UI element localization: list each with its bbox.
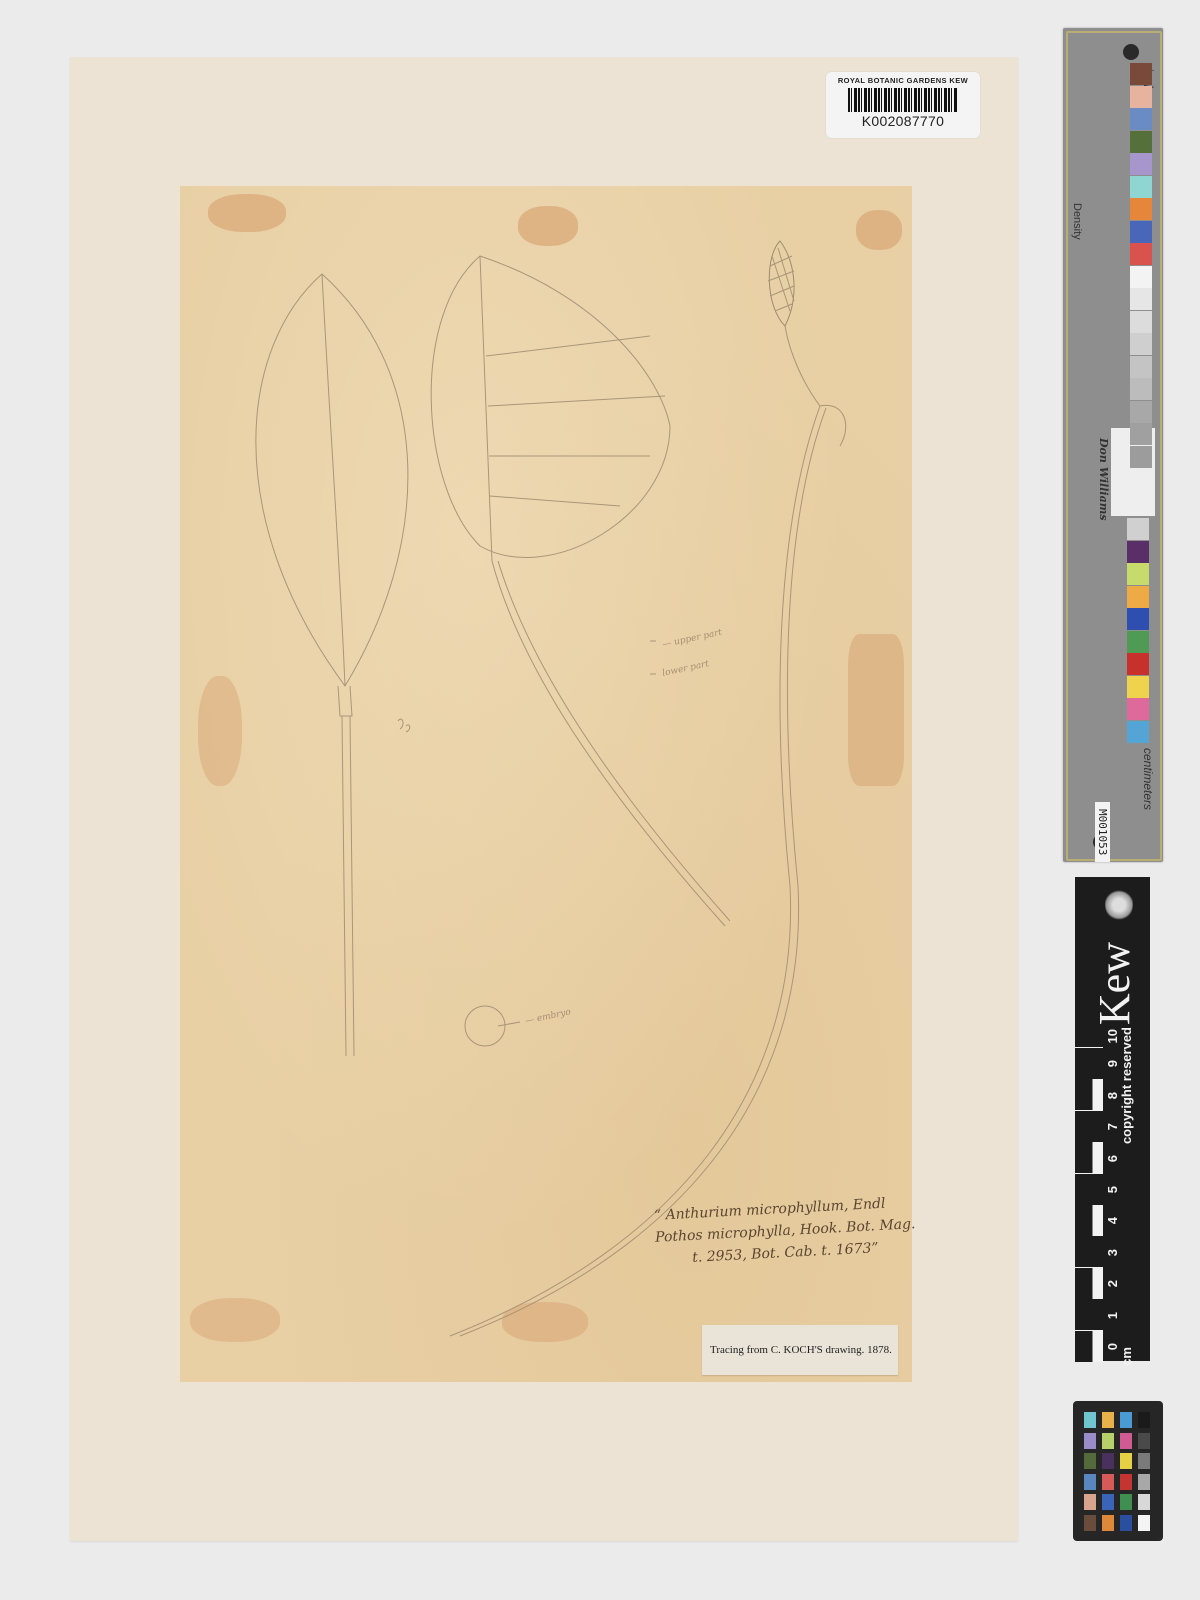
color-swatch <box>1130 86 1152 108</box>
kew-scale-bar: Kew copyright reserved cm 012345678910 <box>1075 877 1150 1361</box>
color-swatch <box>1127 631 1149 653</box>
color-swatch <box>1130 176 1152 198</box>
scale-segment <box>1075 1141 1103 1173</box>
barcode-label: ROYAL BOTANIC GARDENS KEW K002087770 <box>826 72 980 138</box>
color-swatch <box>1130 401 1152 423</box>
color-density-ruler: inches centimeters Density Don Williams … <box>1063 28 1163 862</box>
checker-patch <box>1102 1433 1114 1449</box>
scale-number: 10 <box>1105 1029 1120 1043</box>
brand-label: Don Williams <box>1097 438 1110 521</box>
scale-segment <box>1075 1267 1103 1299</box>
color-swatch <box>1130 423 1152 445</box>
checker-patch <box>1138 1494 1150 1510</box>
checker-patch <box>1102 1453 1114 1469</box>
checker-patch <box>1084 1453 1096 1469</box>
scale-number: 0 <box>1105 1343 1120 1350</box>
color-swatch <box>1127 518 1149 540</box>
scale-number: 9 <box>1105 1060 1120 1067</box>
color-swatch <box>1127 698 1149 720</box>
checker-patch <box>1084 1474 1096 1490</box>
checker-patch <box>1138 1515 1150 1531</box>
color-swatch <box>1130 378 1152 400</box>
scale-segment <box>1075 1173 1103 1205</box>
scale-segment <box>1075 1298 1103 1330</box>
color-swatch <box>1130 131 1152 153</box>
color-swatch <box>1130 243 1152 265</box>
color-swatch <box>1127 541 1149 563</box>
checker-patch <box>1102 1474 1114 1490</box>
color-swatch <box>1130 288 1152 310</box>
scale-number: 7 <box>1105 1123 1120 1130</box>
herbarium-sheet: — upper part lower part — embryo <box>70 57 1018 1541</box>
checker-patch <box>1120 1412 1132 1428</box>
checker-patch <box>1138 1453 1150 1469</box>
checker-patch <box>1120 1433 1132 1449</box>
color-swatch <box>1130 311 1152 333</box>
color-swatch <box>1130 153 1152 175</box>
color-swatch <box>1127 563 1149 585</box>
color-swatch <box>1130 333 1152 355</box>
color-swatch <box>1127 676 1149 698</box>
scale-number: 5 <box>1105 1186 1120 1193</box>
checker-patch <box>1084 1515 1096 1531</box>
scale-segment <box>1075 1078 1103 1110</box>
ruler-hole-icon <box>1123 44 1139 60</box>
color-checker-card <box>1073 1401 1163 1541</box>
color-swatch <box>1130 446 1152 468</box>
scale-number: 8 <box>1105 1092 1120 1099</box>
handwritten-determination: “ Anthurium microphyllum, Endl Pothos mi… <box>653 1191 916 1271</box>
kew-crest-icon <box>1105 889 1133 921</box>
checker-patch <box>1084 1412 1096 1428</box>
checker-patch <box>1120 1515 1132 1531</box>
scale-number: 1 <box>1105 1312 1120 1319</box>
unit-label: cm <box>1119 1347 1134 1366</box>
scale-number: 2 <box>1105 1280 1120 1287</box>
kew-logo: Kew <box>1095 942 1135 1025</box>
printed-label-text: Tracing from C. KOCH'S drawing. 1878. <box>710 1344 892 1356</box>
checker-patch <box>1102 1412 1114 1428</box>
checker-patch <box>1138 1412 1150 1428</box>
checker-patch <box>1120 1494 1132 1510</box>
barcode-number: K002087770 <box>826 113 980 129</box>
color-swatch <box>1130 356 1152 378</box>
barcode-icon <box>848 88 958 112</box>
printed-label: Tracing from C. KOCH'S drawing. 1878. <box>702 1325 898 1375</box>
color-swatch <box>1130 63 1152 85</box>
scale-segment <box>1075 1110 1103 1142</box>
checker-patch <box>1084 1433 1096 1449</box>
color-swatch <box>1130 198 1152 220</box>
scale-segment <box>1075 1047 1103 1079</box>
color-swatch <box>1127 608 1149 630</box>
scale-number: 6 <box>1105 1155 1120 1162</box>
centimeters-label: centimeters <box>1141 748 1155 810</box>
checker-patch <box>1138 1433 1150 1449</box>
density-label: Density <box>1071 203 1083 240</box>
checker-patch <box>1138 1474 1150 1490</box>
scale-segment <box>1075 1204 1103 1236</box>
color-swatch <box>1130 266 1152 288</box>
color-swatch <box>1127 721 1149 743</box>
cm-scale <box>1075 1047 1103 1361</box>
scale-number: 4 <box>1105 1217 1120 1224</box>
scale-segment <box>1075 1330 1103 1362</box>
color-swatch <box>1130 108 1152 130</box>
color-swatch <box>1130 221 1152 243</box>
checker-patch <box>1084 1494 1096 1510</box>
scale-segment <box>1075 1235 1103 1267</box>
checker-patch <box>1120 1453 1132 1469</box>
ruler-id: M001053 <box>1095 802 1110 862</box>
copyright-text: copyright reserved <box>1119 1027 1134 1144</box>
institution-name: ROYAL BOTANIC GARDENS KEW <box>826 76 980 85</box>
color-swatch <box>1127 586 1149 608</box>
checker-patch <box>1102 1494 1114 1510</box>
color-swatch <box>1127 653 1149 675</box>
checker-patch <box>1120 1474 1132 1490</box>
scale-number: 3 <box>1105 1249 1120 1256</box>
checker-patch <box>1102 1515 1114 1531</box>
